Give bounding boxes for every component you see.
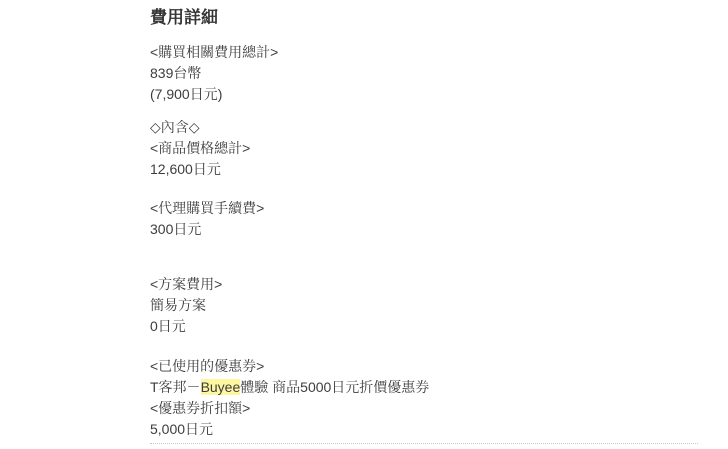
purchase-total-jpy: (7,900日元) bbox=[150, 84, 698, 105]
used-coupon-label: <已使用的優惠券> bbox=[150, 356, 698, 377]
item-price-label: <商品價格總計> bbox=[150, 138, 698, 159]
contents-group: ◇內含◇ <商品價格總計> 12,600日元 bbox=[150, 117, 698, 180]
plan-fee-label: <方案費用> bbox=[150, 274, 698, 295]
coupon-name-suffix: 體驗 商品5000日元折價優惠券 bbox=[240, 379, 429, 395]
fee-detail-section: 費用詳細 <購買相關費用總計> 839台幣 (7,900日元) ◇內含◇ <商品… bbox=[150, 5, 698, 444]
coupon-name-prefix: T客邦－ bbox=[150, 379, 201, 395]
coupon-name: T客邦－Buyee體驗 商品5000日元折價優惠券 bbox=[150, 377, 698, 398]
plan-fee-value: 0日元 bbox=[150, 316, 698, 337]
page-title: 費用詳細 bbox=[150, 5, 698, 30]
plan-name: 簡易方案 bbox=[150, 295, 698, 316]
coupon-discount-value: 5,000日元 bbox=[150, 419, 698, 440]
coupon-discount-label: <優惠券折扣額> bbox=[150, 398, 698, 419]
agent-fee-group: <代理購買手續費> 300日元 bbox=[150, 198, 698, 240]
purchase-total-label: <購買相關費用總計> bbox=[150, 42, 698, 63]
agent-fee-value: 300日元 bbox=[150, 219, 698, 240]
dotted-divider bbox=[150, 443, 698, 444]
agent-fee-label: <代理購買手續費> bbox=[150, 198, 698, 219]
purchase-total-twd: 839台幣 bbox=[150, 63, 698, 84]
coupon-group: <已使用的優惠券> T客邦－Buyee體驗 商品5000日元折價優惠券 <優惠券… bbox=[150, 356, 698, 440]
coupon-name-highlight: Buyee bbox=[201, 379, 241, 395]
contents-header: ◇內含◇ bbox=[150, 117, 698, 138]
item-price-value: 12,600日元 bbox=[150, 159, 698, 180]
purchase-total-group: <購買相關費用總計> 839台幣 (7,900日元) bbox=[150, 42, 698, 105]
plan-fee-group: <方案費用> 簡易方案 0日元 bbox=[150, 274, 698, 337]
